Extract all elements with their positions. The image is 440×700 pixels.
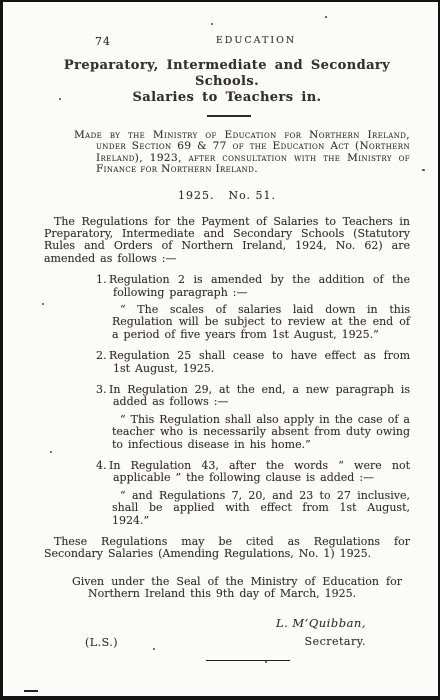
locus-sigilli: (L.S.) [85, 636, 118, 649]
scan-speck [50, 451, 52, 453]
item-4-number: 4. [96, 460, 109, 472]
scanned-document-page: 74 EDUCATION Preparatory, Intermediate a… [0, 0, 440, 700]
end-divider-rule [206, 660, 290, 662]
scan-speck [422, 169, 425, 171]
item-3-text: In Regulation 29, at the end, a new para… [109, 383, 410, 408]
year-label: 1925. [178, 189, 215, 202]
intro-paragraph: The Regulations for the Payment of Salar… [44, 216, 410, 266]
item-3-number: 3. [96, 384, 109, 396]
statutory-number-line: 1925.No. 51. [44, 189, 410, 202]
scan-speck [265, 661, 267, 663]
citation-paragraph: These Regulations may be cited as Regula… [44, 536, 410, 561]
document-title: Preparatory, Intermediate and Secondary … [50, 58, 404, 106]
item-3-quote: “ This Regulation shall also apply in th… [112, 414, 410, 451]
page-content: 74 EDUCATION Preparatory, Intermediate a… [3, 35, 438, 661]
title-line-1: Preparatory, Intermediate and Secondary … [64, 58, 390, 89]
item-1-number: 1. [96, 274, 109, 286]
running-head: EDUCATION [102, 35, 410, 46]
title-line-2: Salaries to Teachers in. [132, 90, 321, 105]
seal-signature-row: (L.S.) Secretary. [44, 635, 410, 648]
regulation-item-3: 3.In Regulation 29, at the end, a new pa… [96, 384, 410, 409]
title-divider-rule [207, 115, 251, 117]
bottom-margin-mark [24, 690, 38, 692]
seal-clause: Given under the Seal of the Ministry of … [72, 576, 402, 601]
scan-speck [325, 16, 327, 18]
enacting-clause: Made by the Ministry of Education for No… [44, 130, 410, 176]
item-2-text: Regulation 25 shall cease to have effect… [109, 349, 410, 374]
scan-speck [153, 648, 155, 650]
scan-speck [59, 98, 61, 100]
regulation-item-2: 2.Regulation 25 shall cease to have effe… [96, 350, 410, 375]
item-4-text: In Regulation 43, after the words “ were… [109, 459, 410, 484]
item-1-text: Regulation 2 is amended by the addition … [109, 273, 410, 298]
signature-name: L. M‘Quibban, [44, 616, 366, 630]
page-number: 74 [95, 35, 111, 48]
scan-speck [42, 303, 44, 305]
item-4-quote: “ and Regulations 7, 20, and 23 to 27 in… [112, 490, 410, 527]
regulation-item-1: 1.Regulation 2 is amended by the additio… [96, 274, 410, 299]
scan-speck [211, 23, 213, 25]
item-1-quote: “ The scales of salaries laid down in th… [112, 304, 410, 341]
secretary-title: Secretary. [305, 635, 366, 648]
regulation-item-4: 4.In Regulation 43, after the words “ we… [96, 460, 410, 485]
page-header: 74 EDUCATION [44, 35, 410, 48]
item-2-number: 2. [96, 350, 109, 362]
number-label: No. 51. [228, 189, 276, 202]
